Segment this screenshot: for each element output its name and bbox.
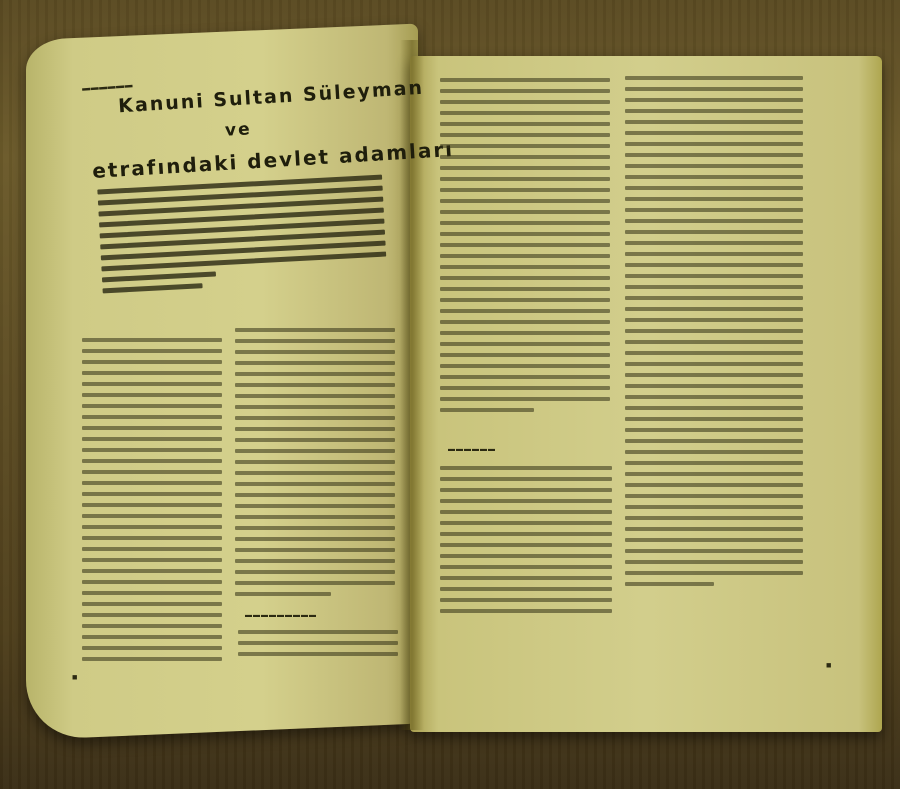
left-page-number: ■ — [72, 672, 77, 682]
left-page-column-2-end — [238, 630, 398, 663]
left-section-heading: ▬▬▬▬▬▬▬▬▬ — [245, 612, 317, 619]
left-page-column-1 — [82, 338, 222, 668]
right-page-column-1 — [440, 78, 610, 419]
left-page-column-2 — [235, 328, 395, 603]
right-page-number: ■ — [826, 660, 831, 670]
article-title-line-2: ve — [224, 119, 252, 140]
right-page-column-2 — [625, 76, 803, 593]
right-section-heading: ▬▬▬▬▬▬ — [448, 446, 496, 453]
article-intro-text — [97, 175, 387, 300]
right-page-column-1-end — [440, 466, 612, 620]
